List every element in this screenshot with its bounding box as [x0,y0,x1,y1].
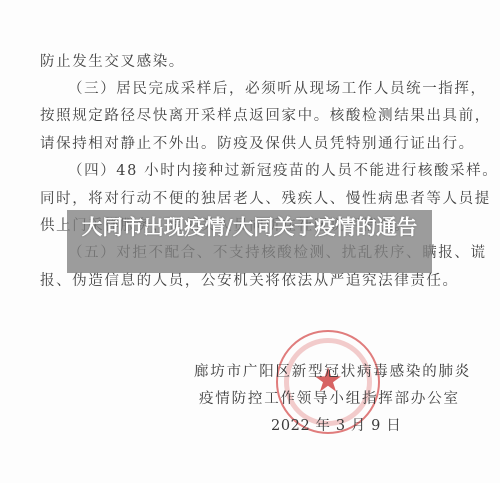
doc-line-6: 同时，将对行动不便的独居老人、残疾人、慢性病患者等人员提 [40,190,491,208]
doc-line-3: 按照规定路径尽快离开采样点返回家中。核酸检测结果出具前， [40,107,491,125]
title-overlay-banner: 大同市出现疫情/大同关于疫情的通告 [67,210,432,273]
signature-org-line-1: 廊坊市广阳区新型冠状病毒感染的肺炎 [194,363,471,381]
doc-line-4: 请保持相对静止不外出。防疫及保供人员凭特别通行证出行。 [40,135,475,153]
doc-line-1: 防止发生交叉感染。 [40,53,185,71]
signature-date: 2022 年 3 月 9 日 [271,417,401,435]
overlay-title: 大同市出现疫情/大同关于疫情的通告 [67,214,432,241]
doc-line-9: 报、伪造信息的人员，公安机关将依法从严追究法律责任。 [40,272,459,290]
signature-org-line-2: 疫情防控工作领导小组指挥部办公室 [199,390,460,408]
doc-line-5: （四）48 小时内接种过新冠疫苗的人员不能进行核酸采样。 [68,162,498,180]
doc-line-2: （三）居民完成采样后，必须听从现场工作人员统一指挥， [68,80,487,98]
